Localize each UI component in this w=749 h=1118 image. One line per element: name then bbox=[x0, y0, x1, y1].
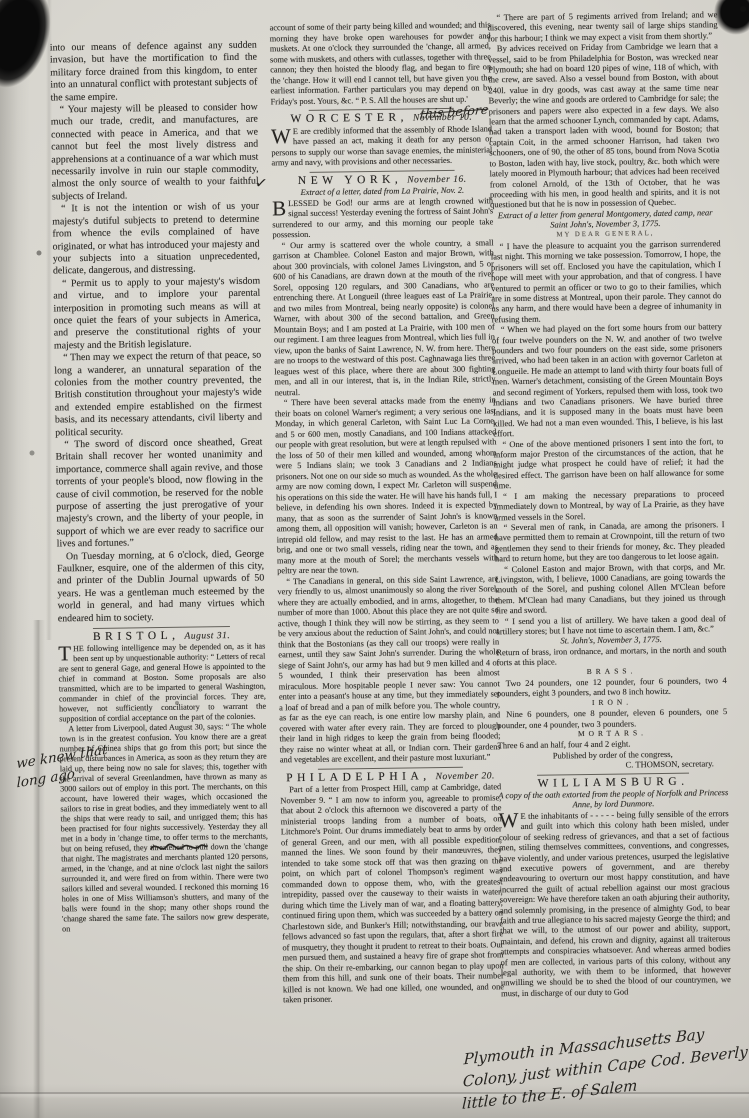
body-paragraph: Part of a letter from Prospect Hill, cam… bbox=[280, 782, 504, 1006]
body-paragraph: WE are credibly informed that the assemb… bbox=[271, 124, 493, 169]
body-paragraph: “ When we had played on the fort some ho… bbox=[492, 321, 724, 439]
signature-line: C. THOMSON, secretary. bbox=[498, 758, 728, 772]
body-paragraph: “ There have been several attacks made f… bbox=[275, 395, 498, 577]
drop-cap: W bbox=[271, 127, 293, 145]
body-paragraph: “ Your majesty will be pleased to consid… bbox=[51, 102, 259, 204]
drop-cap: B bbox=[272, 199, 288, 217]
dateline-date: November 16. bbox=[407, 174, 466, 185]
section-rule bbox=[317, 766, 463, 769]
section-rule bbox=[309, 169, 455, 172]
body-paragraph: By advices received on Friday from Cambr… bbox=[488, 40, 720, 210]
body-paragraph: THE following intelligence may be depend… bbox=[58, 642, 266, 725]
body-paragraph: “ Colonel Easton and major Brown, with t… bbox=[495, 561, 726, 616]
dateline-city: BRISTOL, bbox=[93, 630, 180, 643]
dateline-city: WORCESTER, bbox=[290, 111, 408, 125]
body-paragraph: BLESSED be God! our arms are at length c… bbox=[272, 196, 494, 241]
body-paragraph: “ One of the above mentioned prisoners I… bbox=[493, 436, 724, 491]
body-paragraph: “ I am making the necessary preparations… bbox=[494, 488, 724, 522]
body-paragraph: “ Permit us to apply to your majesty's w… bbox=[53, 275, 261, 352]
ink-checkmark: ✓ bbox=[254, 173, 269, 193]
column-middle: account of some of their party being kil… bbox=[270, 20, 505, 1005]
body-paragraph: “ I have the pleasure to acquaint you th… bbox=[491, 238, 722, 324]
ink-specks bbox=[0, 0, 2, 2]
body-paragraph: “ There are part of 5 regiments arrived … bbox=[487, 9, 717, 43]
column-right: “ There are part of 5 regiments arrived … bbox=[487, 9, 731, 998]
body-paragraph: “ Then may we expect the return of that … bbox=[54, 350, 262, 440]
dateline-city: PHILADELPHIA, bbox=[286, 770, 431, 784]
column-left: into our means of defence against any su… bbox=[50, 40, 269, 935]
dateline-city: NEW YORK, bbox=[298, 173, 403, 186]
dateline-date: November 20. bbox=[436, 771, 495, 782]
body-paragraph: “ It is not the intention or wish of us … bbox=[52, 201, 260, 278]
section-rule bbox=[93, 626, 230, 629]
body-paragraph: “ I send you a list of artillery. We hav… bbox=[496, 613, 726, 637]
newspaper-scan-page: into our means of defence against any su… bbox=[0, 0, 749, 1118]
body-paragraph: account of some of their party being kil… bbox=[270, 20, 492, 107]
body-paragraph: On Tuesday morning, at 6 o'clock, died, … bbox=[57, 548, 265, 625]
ink-scribble bbox=[150, 840, 208, 856]
body-paragraph: “ Several men of rank, in Canada, are am… bbox=[494, 519, 725, 564]
body-paragraph: “ The sword of discord once sheathed, Gr… bbox=[55, 437, 264, 552]
body-paragraph: WE the inhabitants of - - - - - being fu… bbox=[499, 808, 732, 999]
body-paragraph: into our means of defence against any su… bbox=[50, 40, 258, 105]
body-paragraph: “ The Canadians in general, on this side… bbox=[277, 574, 501, 766]
drop-cap: T bbox=[58, 644, 73, 662]
printed-text-area: into our means of defence against any su… bbox=[0, 0, 749, 1118]
dateline-date: August 31. bbox=[184, 631, 230, 642]
body-paragraph: “ Our army is scattered over the whole c… bbox=[273, 238, 496, 399]
drop-cap: W bbox=[499, 811, 521, 829]
